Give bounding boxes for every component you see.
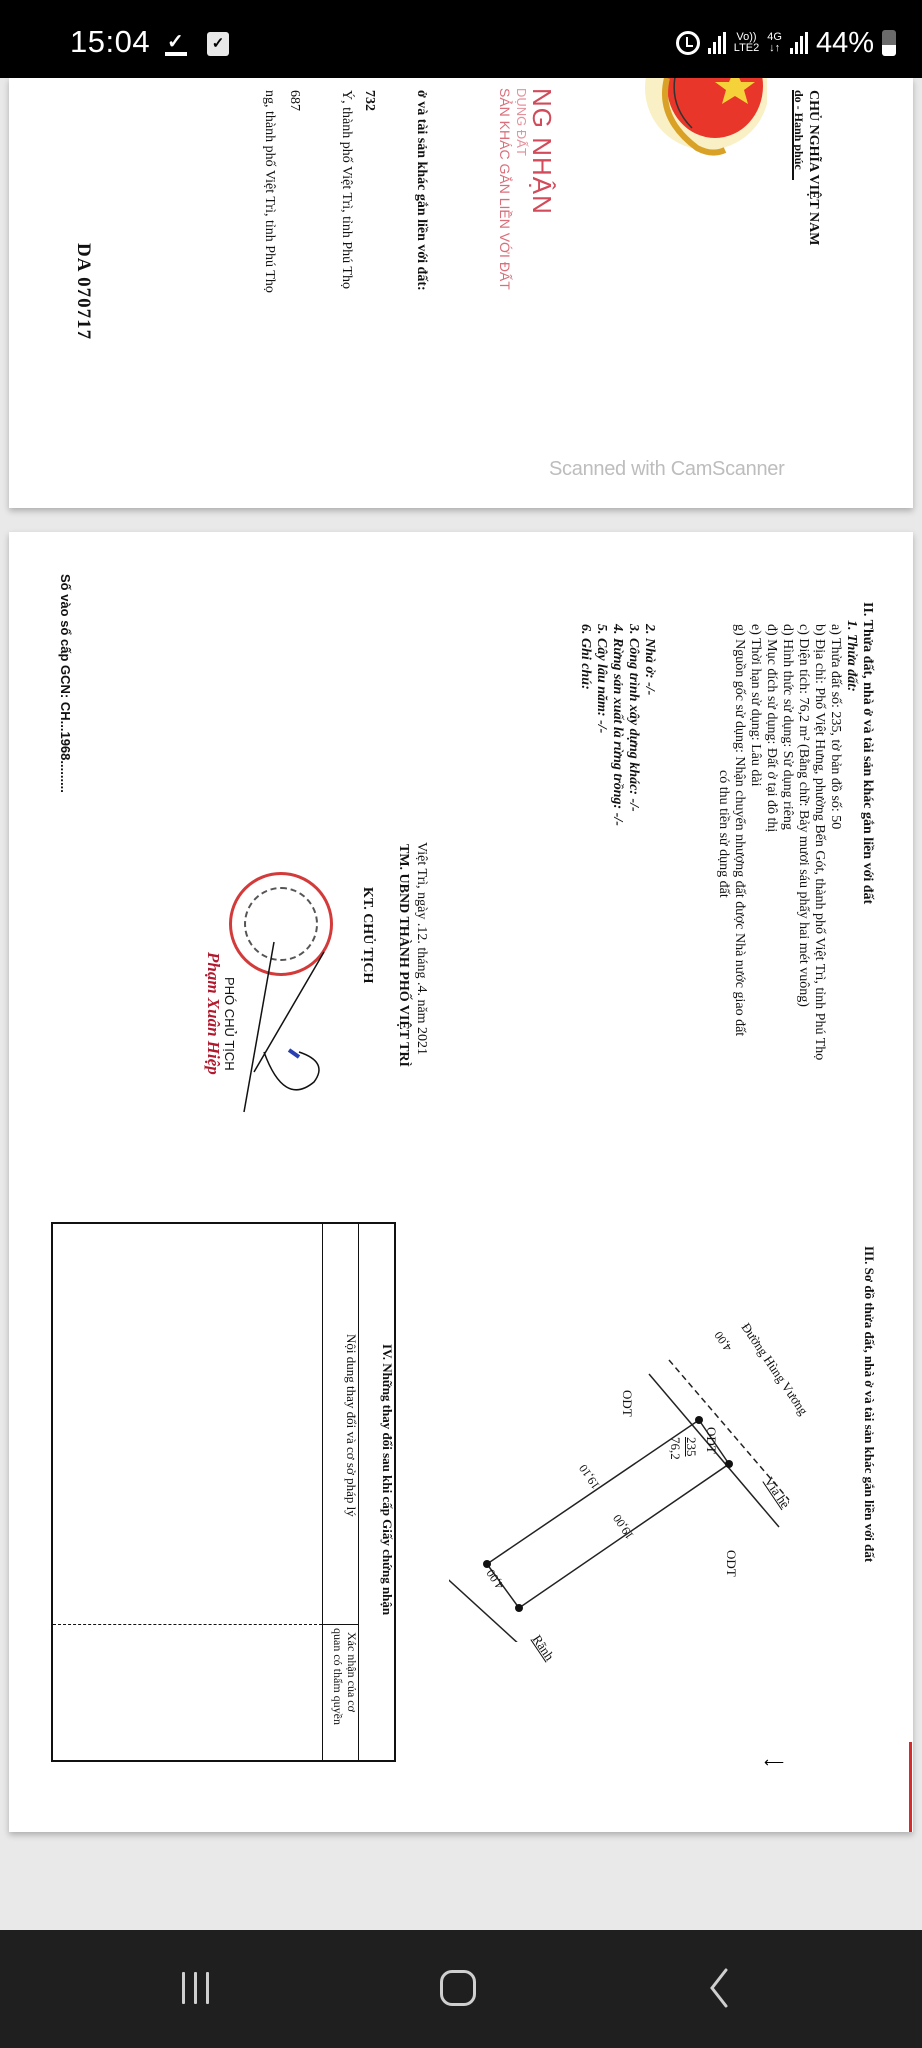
header-line-1: CHỦ NGHĨA VIỆT NAM bbox=[805, 90, 821, 245]
address-line-2: ng, thành phố Việt Trì, tỉnh Phú Thọ bbox=[261, 90, 277, 293]
parcel-diagram bbox=[449, 1222, 869, 1642]
signal-icon bbox=[790, 32, 808, 54]
address-line-1: Ý, thành phố Việt Trì, tỉnh Phú Thọ bbox=[338, 90, 354, 289]
other-construction-item: 3. Công trình xây dựng khác: -/- bbox=[625, 624, 641, 812]
sign-date: Việt Trì, ngày .12. tháng .4. năm 2021 bbox=[413, 842, 429, 1055]
parcel-item-dd: đ) Mục đích sử dụng: Đất ở tại đô thị bbox=[763, 624, 779, 832]
home-button[interactable] bbox=[428, 1966, 488, 2010]
certificate-subtitle-1: DỤNG ĐẤT bbox=[514, 88, 529, 156]
parcel-item-g: g) Nguồn gốc sử dụng: Nhận chuyển nhượng… bbox=[731, 624, 747, 1036]
document-page-1[interactable]: CHỦ NGHĨA VIỆT NAM do - Hạnh phúc NG NHẬ… bbox=[9, 78, 913, 508]
parcel-item-g-continued: có thu tiền sử dụng đất bbox=[715, 770, 731, 898]
battery-icon bbox=[882, 30, 896, 56]
red-edge-mark bbox=[909, 1742, 912, 1832]
camscanner-watermark: Scanned with CamScanner bbox=[549, 458, 784, 481]
certificate-serial: DA 070717 bbox=[72, 243, 94, 340]
parcel-item-b: b) Địa chỉ: Phố Việt Hưng, phường Bến Gó… bbox=[811, 624, 827, 1060]
certificate-registry-number: Số vào sổ cấp GCN: CH...1968......... bbox=[58, 574, 73, 793]
col-change-content: Nội dung thay đổi và cơ sở pháp lý bbox=[343, 1334, 359, 1517]
4g-data-icon: 4G↓↑ bbox=[767, 32, 782, 54]
national-emblem-icon bbox=[637, 78, 767, 178]
section-4-title: IV. Những thay đổi sau khi cấp Giấy chứn… bbox=[379, 1344, 395, 1615]
certificate-subtitle-2: SẢN KHÁC GẮN LIỀN VỚI ĐẤT bbox=[497, 88, 513, 290]
neighbor-right-class: ODT bbox=[723, 1550, 739, 1577]
document-page-2[interactable]: II. Thửa đất, nhà ở và tài sản khác gắn … bbox=[9, 532, 913, 1832]
parcel-area: 76,2 bbox=[667, 1437, 683, 1460]
parcel-item-a: a) Thửa đất số: 235, tờ bản đồ số: 50 bbox=[827, 624, 843, 829]
north-arrow-icon: ⟵ bbox=[764, 1755, 784, 1772]
sign-organization: TM. UBND THÀNH PHỐ VIỆT TRÌ bbox=[395, 844, 411, 1067]
col-confirmation-line1: Xác nhận của cơ bbox=[344, 1632, 359, 1712]
forest-item: 4. Rừng sản xuất là rừng trồng: -/- bbox=[609, 624, 625, 826]
house-item: 2. Nhà ở: -/- bbox=[641, 624, 657, 695]
section-2-subtitle: 1. Thửa đất: bbox=[843, 620, 859, 692]
download-done-icon: ✓ bbox=[165, 32, 187, 56]
battery-percent: 44% bbox=[816, 27, 874, 60]
signal-icon bbox=[708, 32, 726, 54]
line-687: 687 bbox=[286, 90, 302, 111]
volte-lte2-icon: Vo))LTE2 bbox=[734, 32, 759, 54]
assets-line: ở và tài sản khác gắn liền với đất: bbox=[413, 90, 429, 291]
neighbor-left-class: ODT bbox=[619, 1390, 635, 1417]
parcel-item-c: c) Diện tích: 76,2 m² (Bằng chữ: Bảy mươ… bbox=[795, 624, 811, 1007]
changes-table: IV. Những thay đổi sau khi cấp Giấy chứn… bbox=[51, 1222, 396, 1762]
status-time: 15:04 bbox=[70, 24, 150, 60]
status-bar: 15:04 ✓ ✓ Vo))LTE2 4G↓↑ 44% bbox=[0, 0, 922, 78]
parcel-number: 235 bbox=[683, 1437, 699, 1457]
sign-role: PHÓ CHỦ TỊCH bbox=[222, 977, 237, 1071]
back-chevron-icon bbox=[690, 1966, 750, 2010]
certificate-title: NG NHẬN bbox=[526, 88, 557, 215]
perennial-trees-item: 5. Cây lâu năm: -/- bbox=[593, 624, 609, 733]
signer-name: Phạm Xuân Hiệp bbox=[203, 952, 223, 1075]
sign-kt: KT. CHỦ TỊCH bbox=[359, 887, 375, 983]
line-732: 732 bbox=[361, 90, 377, 111]
parcel-class: ODT bbox=[703, 1427, 719, 1454]
section-2-title: II. Thửa đất, nhà ở và tài sản khác gắn … bbox=[859, 602, 875, 904]
alarm-icon bbox=[676, 31, 700, 55]
checkbox-icon: ✓ bbox=[207, 32, 229, 56]
col-confirmation-line2: quan có thẩm quyền bbox=[330, 1628, 345, 1725]
parcel-item-e: e) Thời hạn sử dụng: Lâu dài bbox=[747, 624, 763, 786]
recent-apps-button[interactable] bbox=[170, 1966, 230, 2010]
navigation-bar bbox=[0, 1930, 922, 2048]
parcel-item-d: d) Hình thức sử dụng: Sử dụng riêng bbox=[779, 624, 795, 830]
notes-item: 6. Ghi chú: bbox=[577, 624, 593, 690]
back-button[interactable] bbox=[690, 1966, 750, 2010]
